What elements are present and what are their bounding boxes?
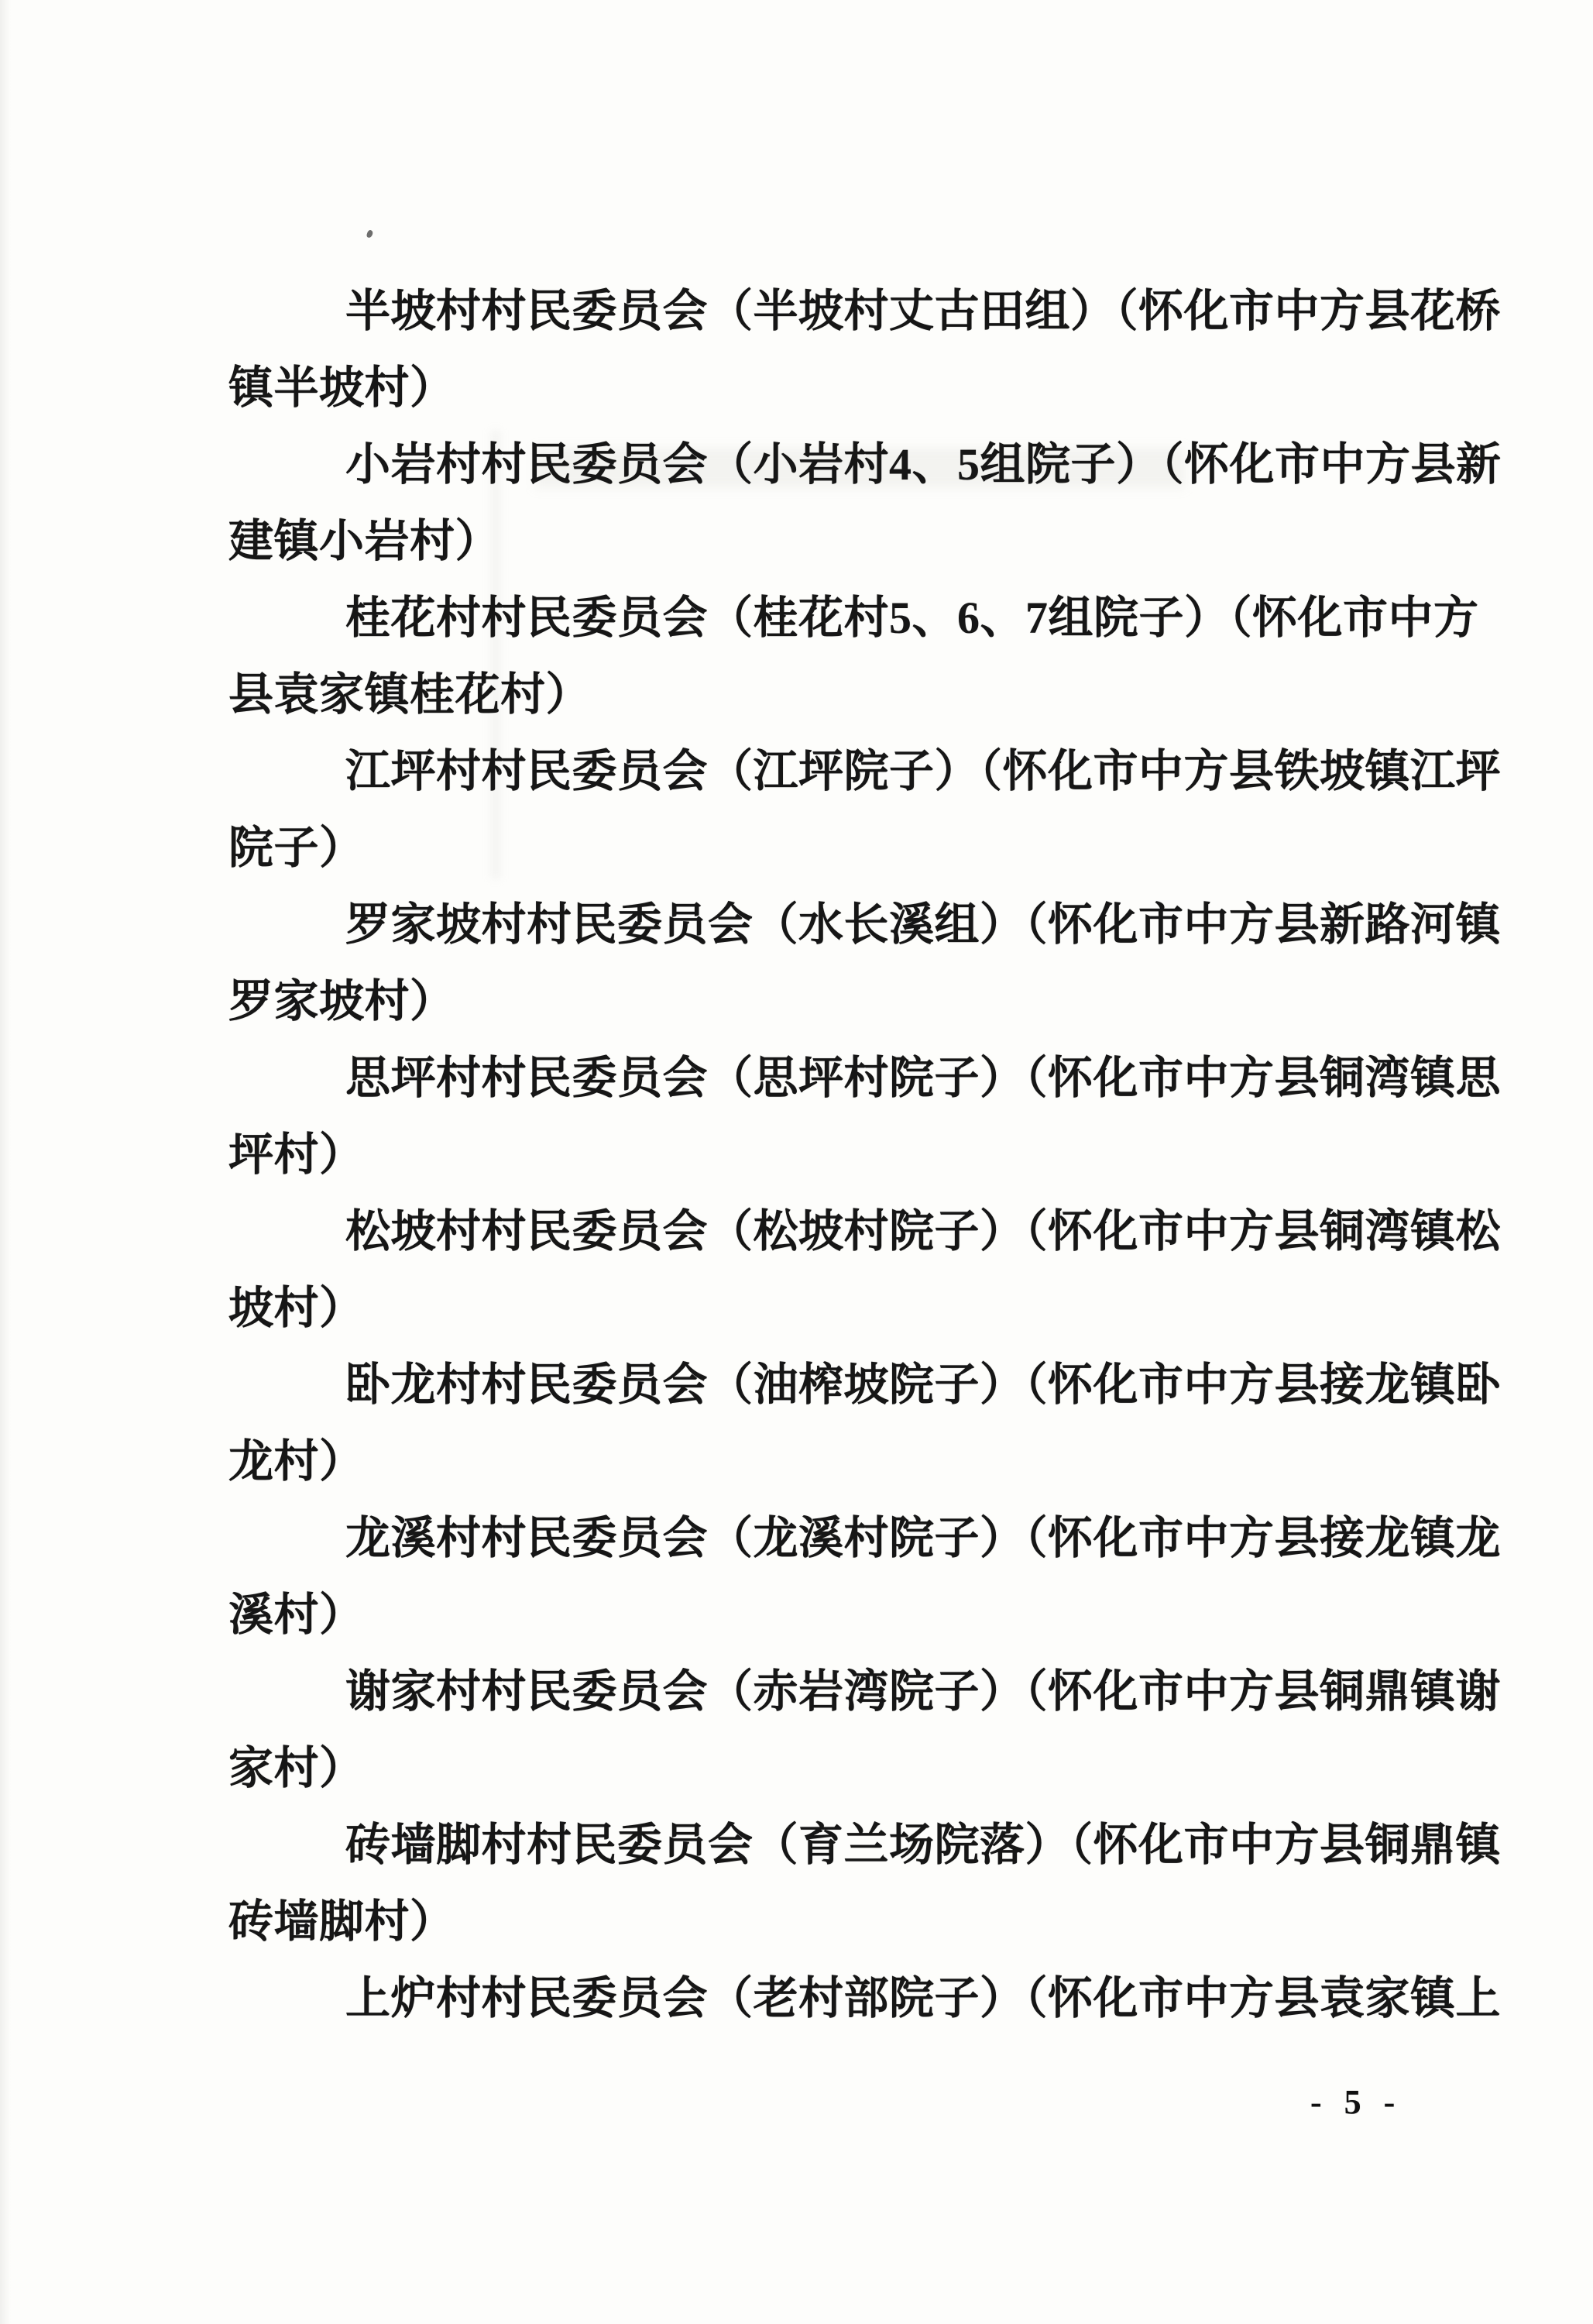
scan-edge-shade [0,0,11,2324]
text-line: 镇半坡村） [228,349,1529,426]
document-page: 半坡村村民委员会（半坡村丈古田组）（怀化市中方县花桥 镇半坡村） 小岩村村民委员… [0,0,1593,2324]
page-number: - 5 - [1310,2082,1402,2122]
text-line: 松坡村村民委员会（松坡村院子）（怀化市中方县铜湾镇松 [228,1193,1529,1270]
text-line: 龙溪村村民委员会（龙溪村院子）（怀化市中方县接龙镇龙 [228,1500,1529,1576]
ink-speck [366,229,374,239]
text-line: 卧龙村村民委员会（油榨坡院子）（怀化市中方县接龙镇卧 [228,1346,1529,1423]
text-line: 县袁家镇桂花村） [228,656,1529,733]
text-line: 江坪村村民委员会（江坪院子）（怀化市中方县铁坡镇江坪 [228,733,1529,810]
text-line: 坡村） [228,1270,1529,1346]
text-line: 砖墙脚村村民委员会（育兰场院落）（怀化市中方县铜鼎镇 [228,1807,1529,1883]
text-line: 桂花村村民委员会（桂花村5、6、7组院子）（怀化市中方 [228,579,1529,656]
text-line: 思坪村村民委员会（思坪村院子）（怀化市中方县铜湾镇思 [228,1040,1529,1116]
text-line: 罗家坡村） [228,963,1529,1040]
text-line: 院子） [228,810,1529,886]
text-line: 建镇小岩村） [228,503,1529,579]
text-line: 罗家坡村村民委员会（水长溪组）（怀化市中方县新路河镇 [228,886,1529,963]
text-line: 溪村） [228,1576,1529,1653]
text-line: 上炉村村民委员会（老村部院子）（怀化市中方县袁家镇上 [228,1960,1529,2037]
text-line: 龙村） [228,1423,1529,1500]
text-block: 半坡村村民委员会（半坡村丈古田组）（怀化市中方县花桥 镇半坡村） 小岩村村民委员… [228,273,1529,2037]
text-line: 小岩村村民委员会（小岩村4、5组院子）（怀化市中方县新 [228,426,1529,503]
text-line: 砖墙脚村） [228,1883,1529,1960]
text-line: 坪村） [228,1116,1529,1193]
text-line: 半坡村村民委员会（半坡村丈古田组）（怀化市中方县花桥 [228,273,1529,349]
text-line: 家村） [228,1730,1529,1807]
text-line: 谢家村村民委员会（赤岩湾院子）（怀化市中方县铜鼎镇谢 [228,1653,1529,1730]
